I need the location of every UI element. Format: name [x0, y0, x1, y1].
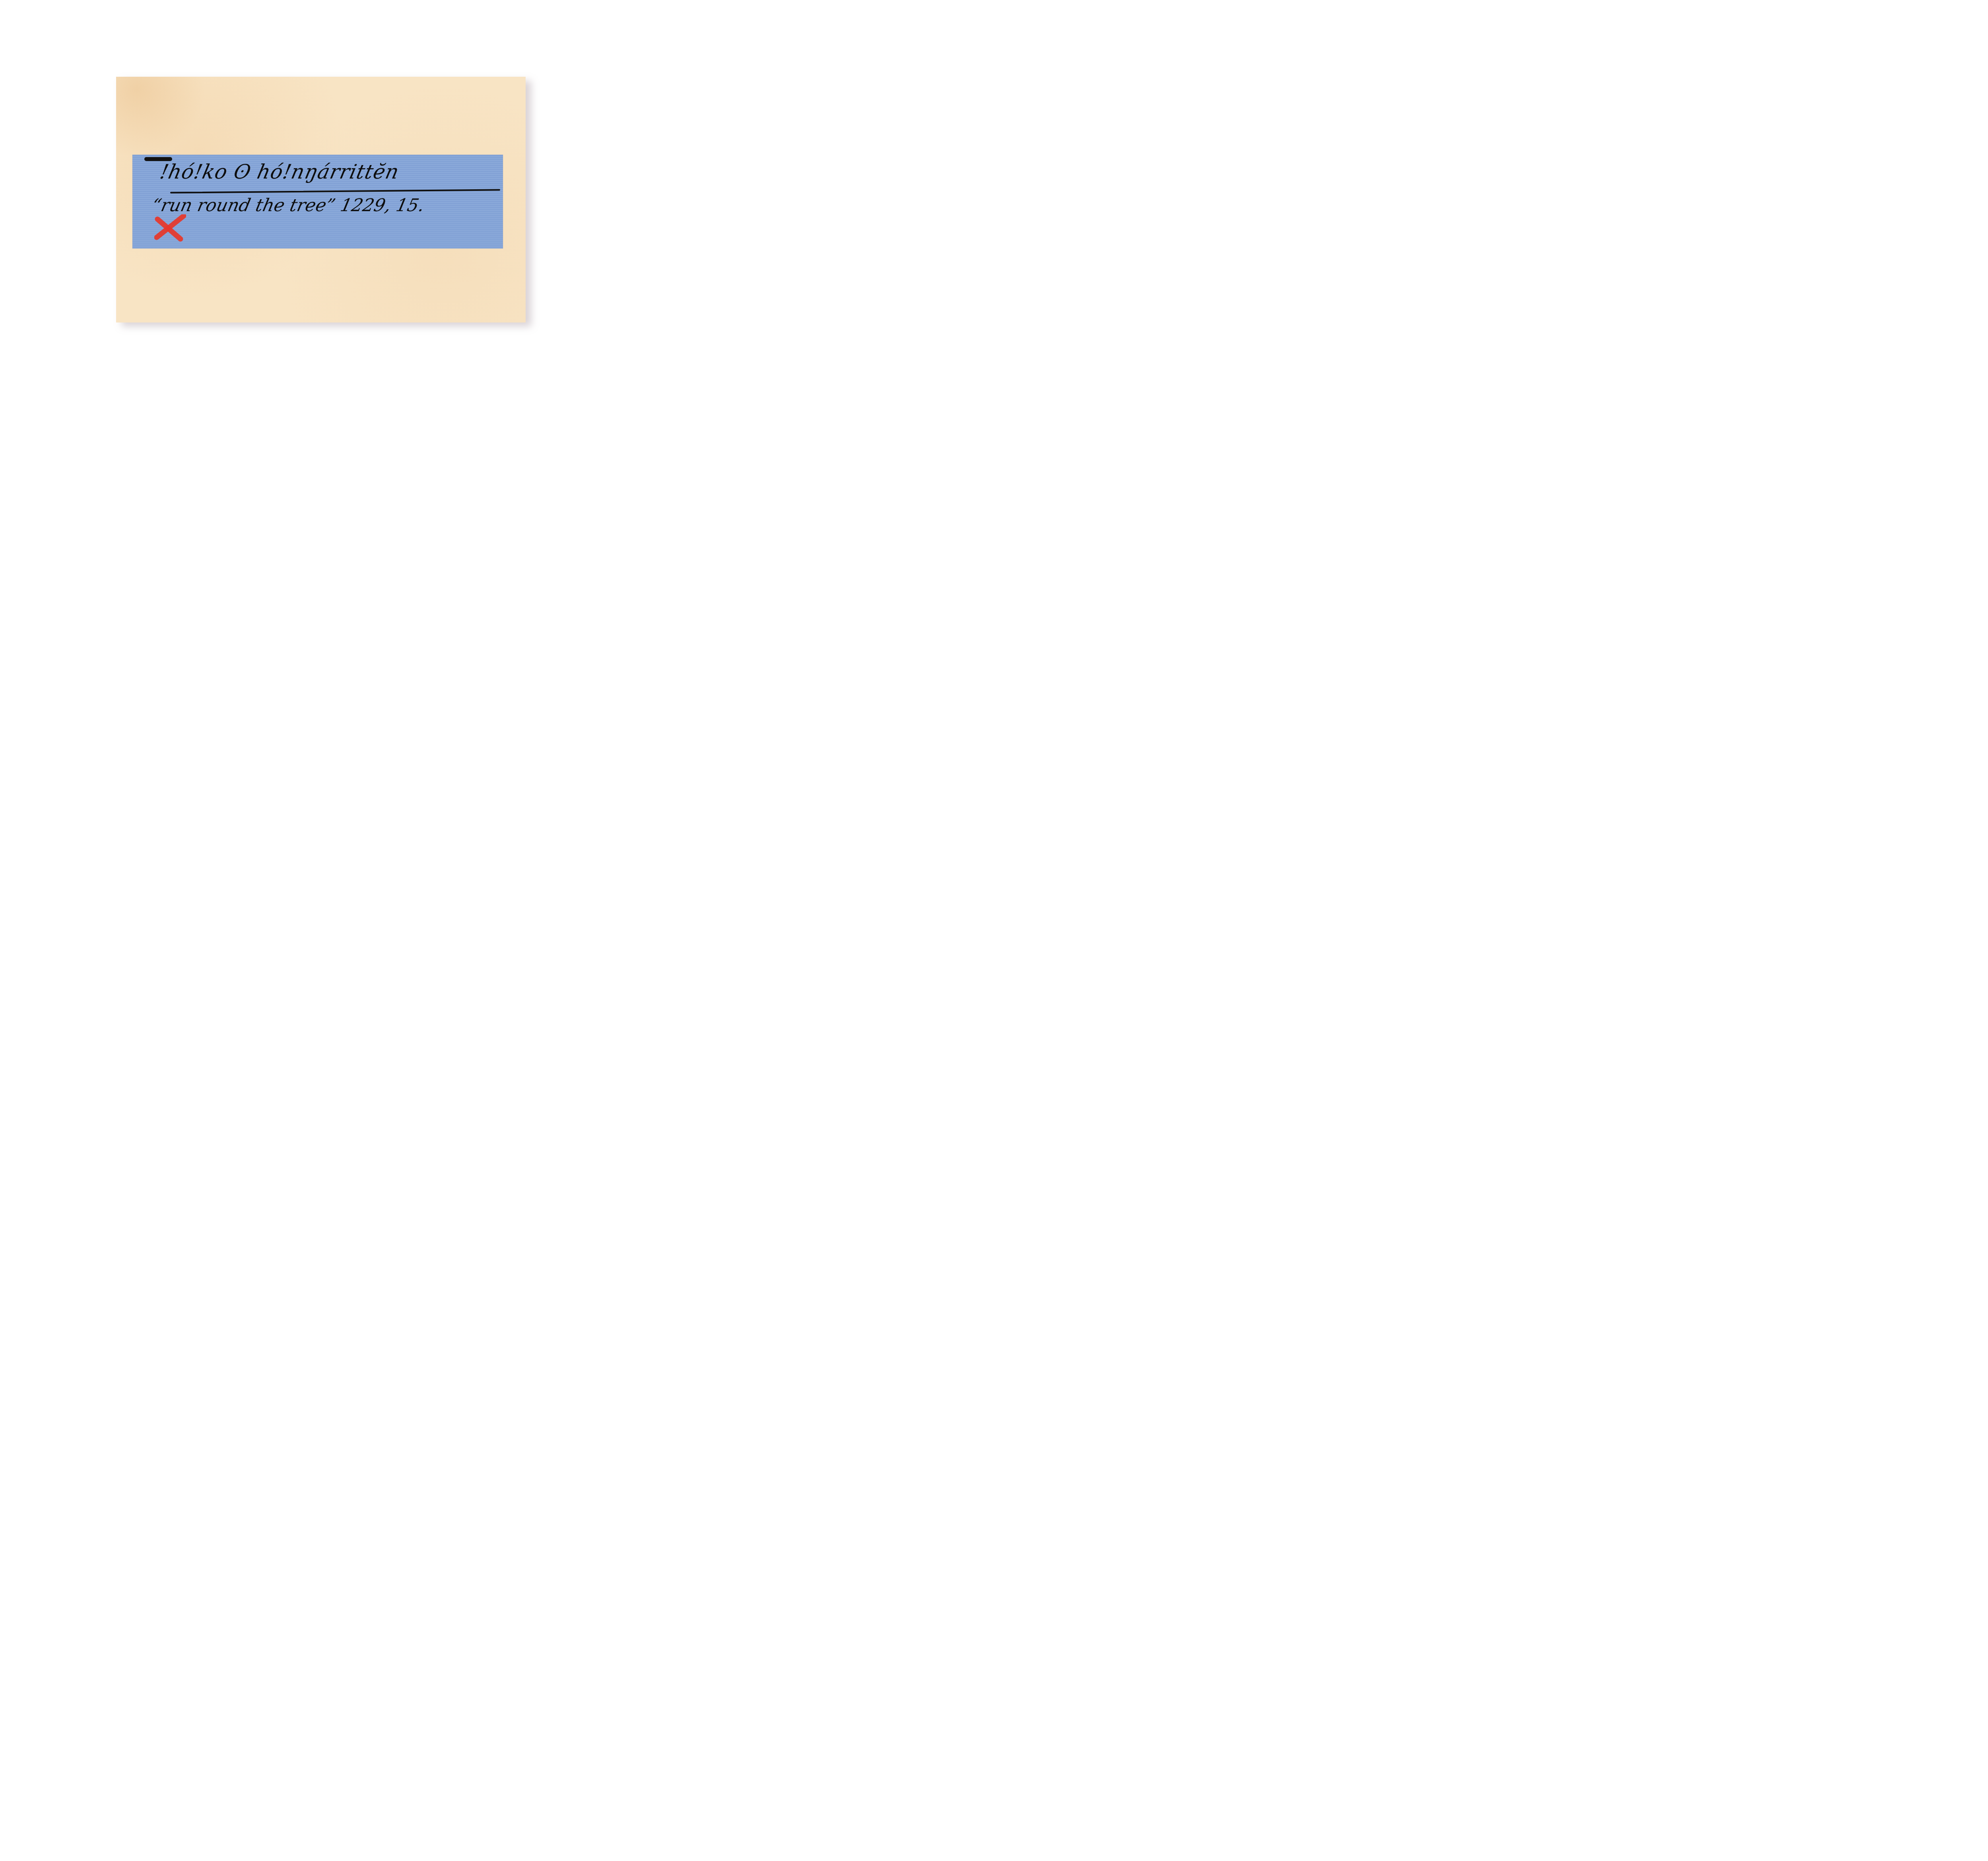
red-x-mark-icon — [154, 214, 186, 242]
handwritten-word: !hó!ko ʘ hó!nŋárrittĕn — [158, 160, 401, 183]
blue-label-strip: !hó!ko ʘ hó!nŋárrittĕn “run round the tr… — [132, 155, 503, 249]
ink-underline — [170, 189, 500, 193]
handwritten-translation: “run round the tree” 1229, 15. — [150, 195, 427, 216]
